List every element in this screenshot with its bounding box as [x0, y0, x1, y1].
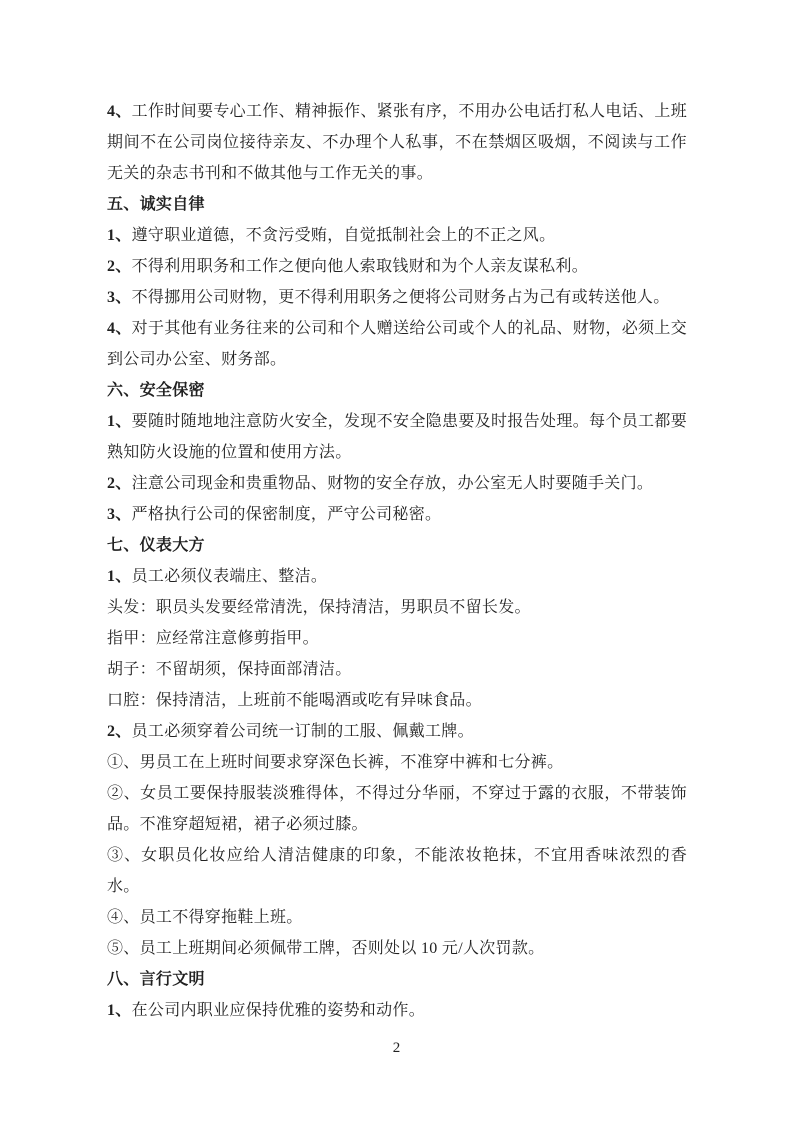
list-number: 七、: [107, 537, 140, 554]
document-body: 4、工作时间要专心工作、精神振作、紧张有序，不用办公电话打私人电话、上班期间不在…: [107, 96, 687, 1026]
paragraph-text: 头发：职员头发要经常清洗，保持清洁，男职员不留长发。: [107, 599, 531, 616]
paragraph: ④、员工不得穿拖鞋上班。: [107, 902, 687, 933]
paragraph-text: 在公司内职业应保持优雅的姿势和动作。: [132, 1002, 425, 1019]
section-heading: 五、诚实自律: [107, 189, 687, 220]
paragraph: ⑤、员工上班期间必须佩带工牌，否则处以 10 元/人次罚款。: [107, 933, 687, 964]
list-number: 3、: [107, 289, 132, 306]
paragraph: 1、要随时随地地注意防火安全，发现不安全隐患要及时报告处理。每个员工都要熟知防火…: [107, 406, 687, 468]
paragraph: 4、工作时间要专心工作、精神振作、紧张有序，不用办公电话打私人电话、上班期间不在…: [107, 96, 687, 189]
heading-text: 仪表大方: [140, 537, 205, 554]
paragraph-text: 遵守职业道德，不贪污受贿，自觉抵制社会上的不正之风。: [132, 227, 556, 244]
list-number: 2、: [107, 723, 132, 740]
paragraph: 4、对于其他有业务往来的公司和个人赠送给公司或个人的礼品、财物，必须上交到公司办…: [107, 313, 687, 375]
paragraph: 2、注意公司现金和贵重物品、财物的安全存放，办公室无人时要随手关门。: [107, 468, 687, 499]
paragraph: 3、不得挪用公司财物，更不得利用职务之便将公司财务占为己有或转送他人。: [107, 282, 687, 313]
paragraph: 2、不得利用职务和工作之便向他人索取钱财和为个人亲友谋私利。: [107, 251, 687, 282]
paragraph: 2、员工必须穿着公司统一订制的工服、佩戴工牌。: [107, 716, 687, 747]
paragraph-text: 对于其他有业务往来的公司和个人赠送给公司或个人的礼品、财物，必须上交到公司办公室…: [107, 320, 687, 368]
paragraph: 胡子：不留胡须，保持面部清洁。: [107, 654, 687, 685]
paragraph: 指甲：应经常注意修剪指甲。: [107, 623, 687, 654]
paragraph-text: ②、女员工要保持服装淡雅得体，不得过分华丽，不穿过于露的衣服，不带装饰品。不准穿…: [107, 785, 687, 833]
list-number: 1、: [107, 1002, 132, 1019]
document-page: 4、工作时间要专心工作、精神振作、紧张有序，不用办公电话打私人电话、上班期间不在…: [0, 0, 793, 1122]
paragraph: ①、男员工在上班时间要求穿深色长裤，不准穿中裤和七分裤。: [107, 747, 687, 778]
section-heading: 八、言行文明: [107, 964, 687, 995]
section-heading: 六、安全保密: [107, 375, 687, 406]
paragraph-text: 指甲：应经常注意修剪指甲。: [107, 630, 319, 647]
list-number: 六、: [107, 382, 140, 399]
paragraph-text: 注意公司现金和贵重物品、财物的安全存放，办公室无人时要随手关门。: [132, 475, 654, 492]
list-number: 1、: [107, 227, 132, 244]
paragraph: 1、遵守职业道德，不贪污受贿，自觉抵制社会上的不正之风。: [107, 220, 687, 251]
paragraph-text: 员工必须仪表端庄、整洁。: [132, 568, 328, 585]
paragraph-text: 员工必须穿着公司统一订制的工服、佩戴工牌。: [132, 723, 474, 740]
list-number: 1、: [107, 568, 132, 585]
list-number: 4、: [107, 103, 132, 120]
paragraph-text: 胡子：不留胡须，保持面部清洁。: [107, 661, 352, 678]
paragraph: 3、严格执行公司的保密制度，严守公司秘密。: [107, 499, 687, 530]
paragraph-text: ③、女职员化妆应给人清洁健康的印象，不能浓妆艳抹，不宜用香味浓烈的香水。: [107, 847, 687, 895]
paragraph-text: ④、员工不得穿拖鞋上班。: [107, 909, 303, 926]
page-number: 2: [0, 1038, 793, 1058]
paragraph-text: 口腔：保持清洁，上班前不能喝酒或吃有异味食品。: [107, 692, 482, 709]
paragraph: 1、在公司内职业应保持优雅的姿势和动作。: [107, 995, 687, 1026]
heading-text: 诚实自律: [140, 196, 205, 213]
list-number: 五、: [107, 196, 140, 213]
paragraph-text: ⑤、员工上班期间必须佩带工牌，否则处以 10 元/人次罚款。: [107, 940, 544, 957]
paragraph: 头发：职员头发要经常清洗，保持清洁，男职员不留长发。: [107, 592, 687, 623]
list-number: 2、: [107, 258, 132, 275]
list-number: 2、: [107, 475, 132, 492]
heading-text: 安全保密: [140, 382, 205, 399]
paragraph-text: 不得利用职务和工作之便向他人索取钱财和为个人亲友谋私利。: [132, 258, 588, 275]
paragraph: ②、女员工要保持服装淡雅得体，不得过分华丽，不穿过于露的衣服，不带装饰品。不准穿…: [107, 778, 687, 840]
list-number: 八、: [107, 971, 140, 988]
list-number: 1、: [107, 413, 132, 430]
section-heading: 七、仪表大方: [107, 530, 687, 561]
paragraph-text: 严格执行公司的保密制度，严守公司秘密。: [132, 506, 442, 523]
paragraph: 1、员工必须仪表端庄、整洁。: [107, 561, 687, 592]
paragraph: ③、女职员化妆应给人清洁健康的印象，不能浓妆艳抹，不宜用香味浓烈的香水。: [107, 840, 687, 902]
list-number: 3、: [107, 506, 132, 523]
paragraph: 口腔：保持清洁，上班前不能喝酒或吃有异味食品。: [107, 685, 687, 716]
heading-text: 言行文明: [140, 971, 205, 988]
paragraph-text: 不得挪用公司财物，更不得利用职务之便将公司财务占为己有或转送他人。: [132, 289, 670, 306]
paragraph-text: 工作时间要专心工作、精神振作、紧张有序，不用办公电话打私人电话、上班期间不在公司…: [107, 103, 687, 182]
paragraph-text: 要随时随地地注意防火安全，发现不安全隐患要及时报告处理。每个员工都要熟知防火设施…: [107, 413, 687, 461]
list-number: 4、: [107, 320, 132, 337]
paragraph-text: ①、男员工在上班时间要求穿深色长裤，不准穿中裤和七分裤。: [107, 754, 563, 771]
